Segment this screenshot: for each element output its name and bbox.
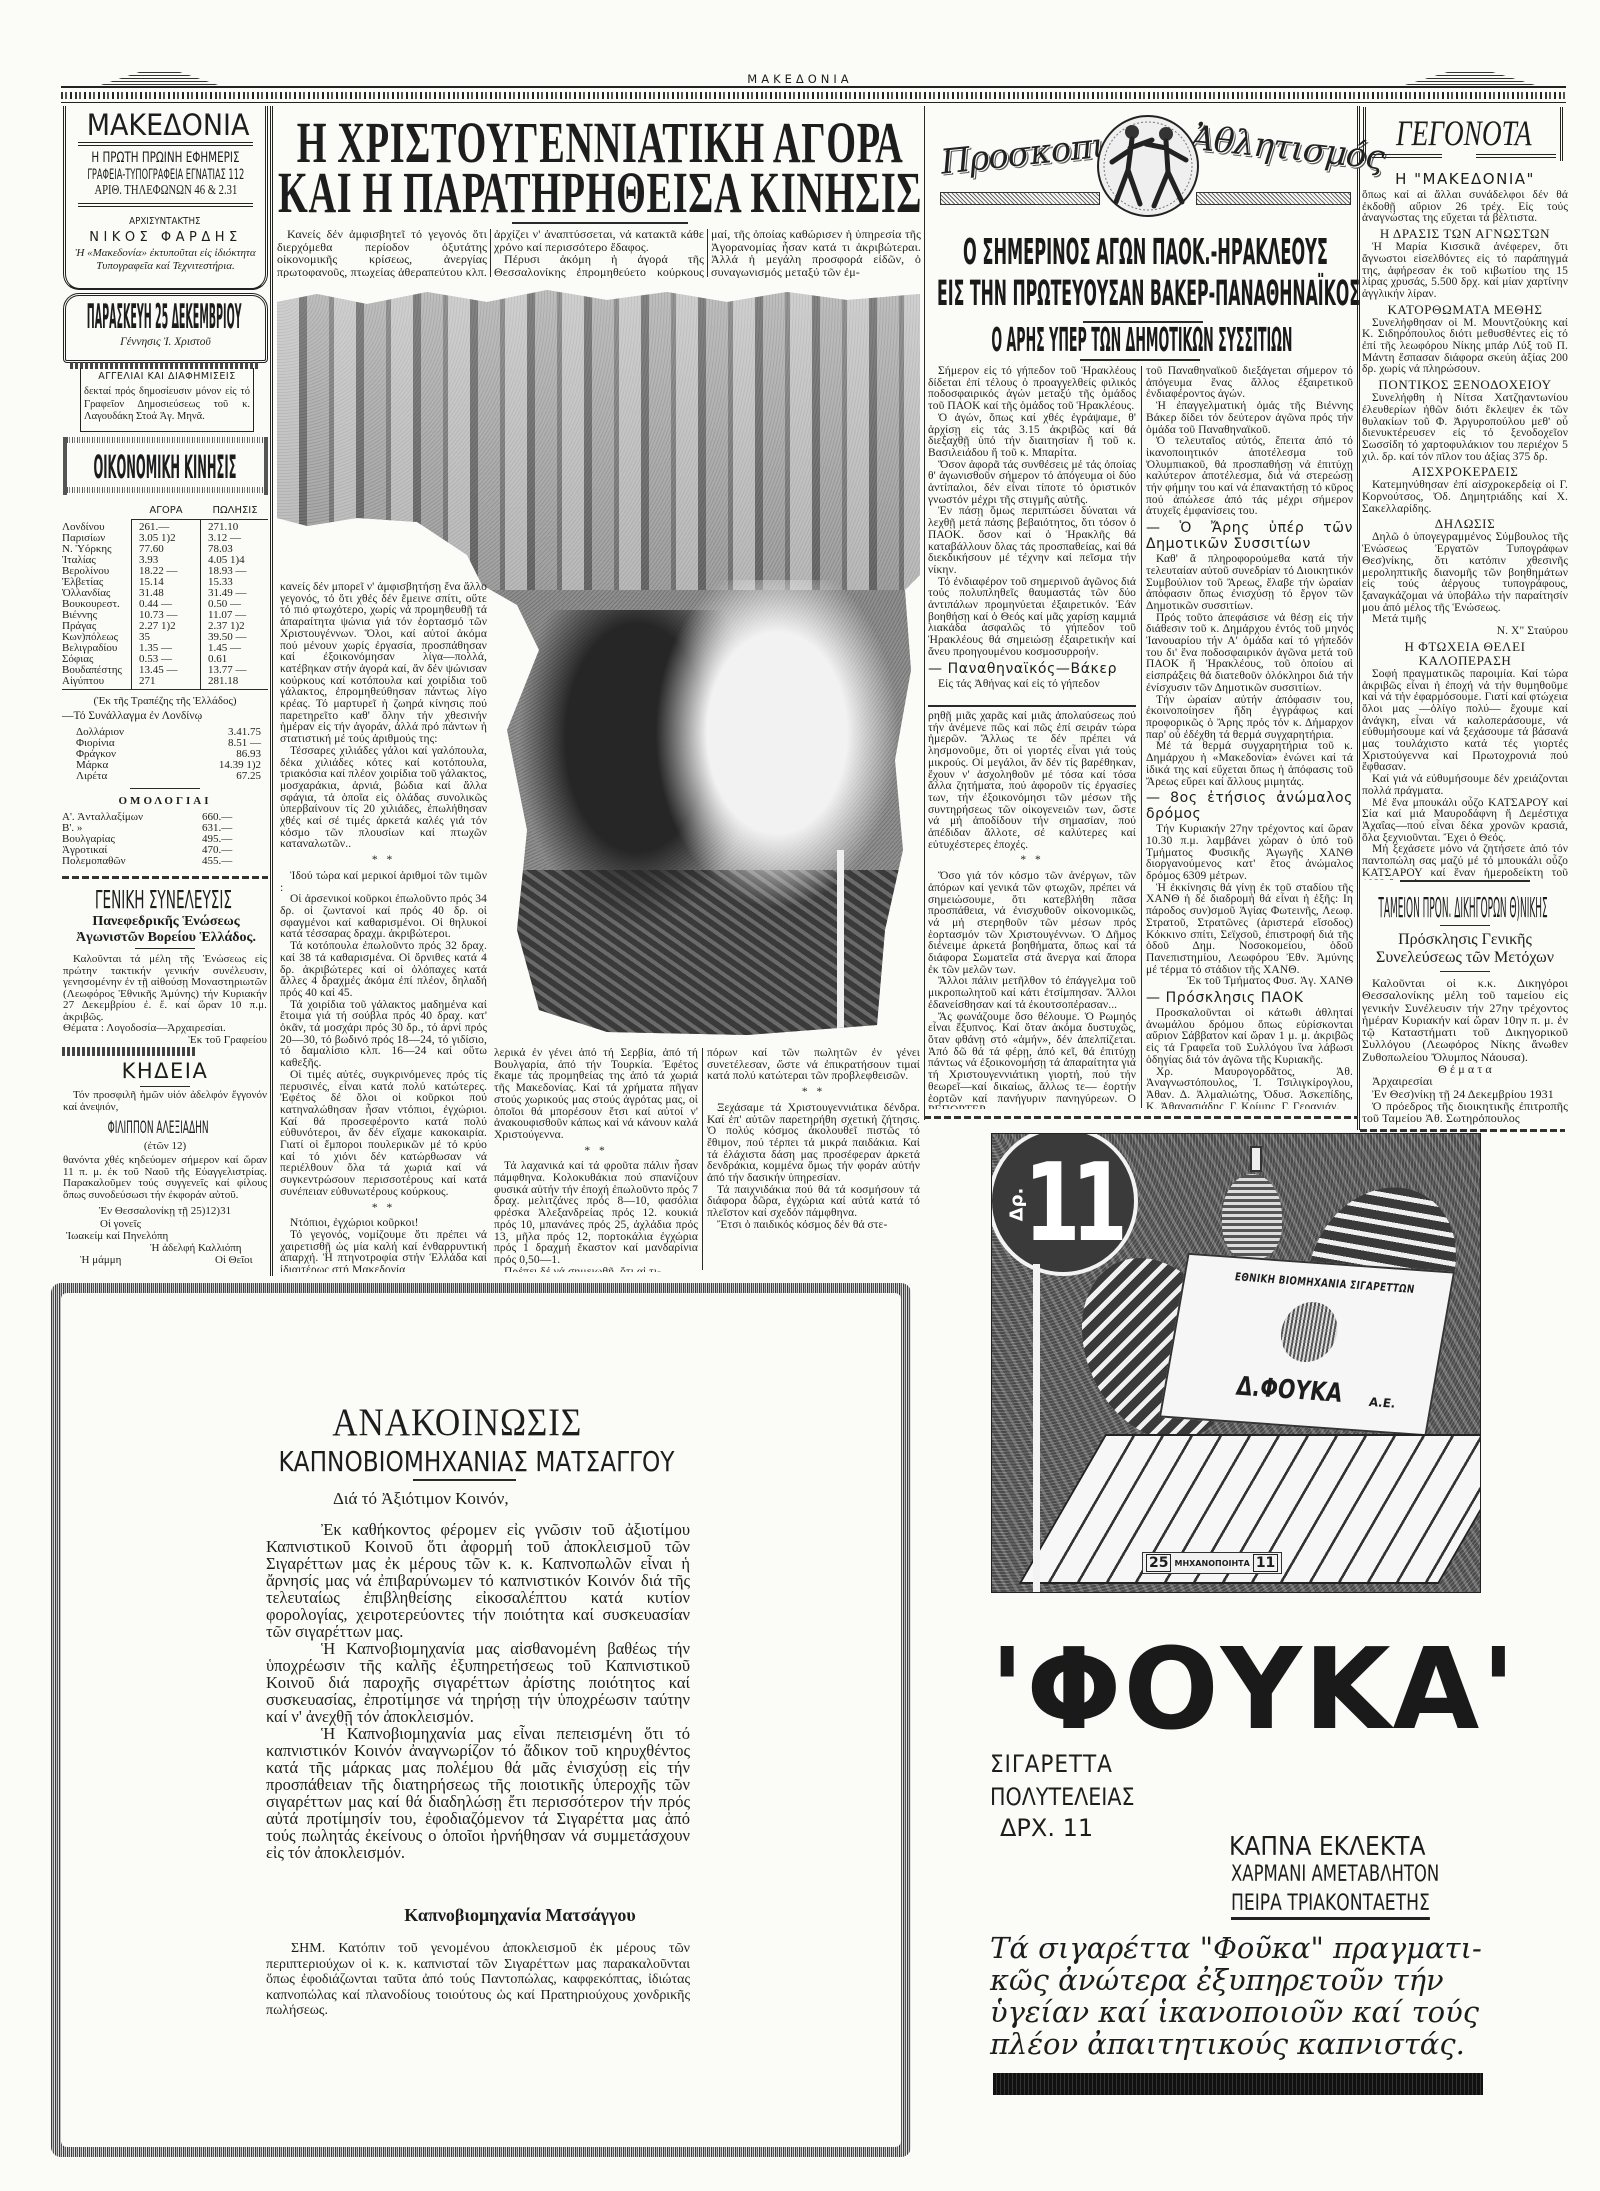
london-exchange-title: —Τό Συνάλλαγμα ἐν Λονδίνῳ: [62, 710, 268, 722]
column-rule: [707, 229, 708, 277]
paragraph: Πρός τοῦτο ἀπεφάσισε νά θέσῃ εἰς τήν διά…: [1146, 613, 1353, 695]
ads-notice-box: ΑΓΓΕΛΙΑΙ ΚΑΙ ΔΙΑΦΗΜΙΣΕΙΣ δεκταί πρός δημ…: [80, 368, 254, 432]
masthead-title: ΜΑΚΕΔΟΝΙΑ: [76, 108, 260, 142]
ad-script-text: Τά σιγαρέττα "Φοῦκα" πραγματι-κῶς ἀνώτερ…: [990, 1932, 1486, 2060]
sports-header: Προσκοπισμός Ἀθλητισμός: [928, 106, 1354, 221]
market-lower-col-3: πόρων καί τῶν πωλητῶν ἐν γένει συνετέλεσ…: [707, 1048, 920, 1272]
events-header: ΓΕΓΟΝΟΤΑ: [1363, 107, 1563, 161]
paragraph: Σήμερον εἰς τό γήπεδον τοῦ Ἡρακλέους δίδ…: [928, 366, 1136, 413]
text-noind: ὅπως καί αἱ ἄλλαι συνάδελφοι δέν θά ἐκδο…: [1362, 190, 1568, 225]
table-cell: Κων)πόλεως: [62, 632, 131, 643]
events-list: Η "ΜΑΚΕΔΟΝΙΑ"ὅπως καί αἱ ἄλλαι συνάδελφο…: [1362, 170, 1568, 880]
funeral-parents-label: Οἱ γονεῖς: [100, 1218, 141, 1230]
paragraph: Ξεχάσαμε τά Χριστουγεννιάτικα δένδρα. Κα…: [707, 1103, 920, 1185]
paragraph: Προσκαλοῦνται οἱ κάτωθι ἀθληταί ἀνωμάλου…: [1146, 1008, 1353, 1067]
ornamental-rule: [61, 86, 1566, 103]
text-ast: * *: [707, 1087, 920, 1099]
paragraph: Τήν Κυριακήν 27ην τρέχοντος καί ὥραν 10.…: [1146, 824, 1353, 883]
london-exchange-table: Δολλάριον3.41.75Φιορίνια8.51 —Φράγκον86.…: [76, 727, 261, 782]
text-noind: ρηθῇ μιᾶς χαρᾶς καί μιᾶς ἀπολαύσεως πού …: [928, 711, 1136, 851]
ad-claim-3: ΠΕΙΡΑ ΤΡΙΑΚΟΝΤΑΕΤΗΣ: [1231, 1891, 1430, 1920]
sports-col-2: τοῦ Παναθηναϊκοῦ διεξάγεται σήμερον τό ἀ…: [1146, 366, 1353, 1109]
column-rule: [270, 106, 273, 1276]
price-big: 11: [1024, 1150, 1107, 1258]
economy-header: ΟΙΚΟΝΟΜΙΚΗ ΚΙΝΗΣΙΣ: [63, 437, 268, 495]
paragraph: Ὅσον ἀφορᾶ τάς συνθέσεις μέ τάς ὁποίας θ…: [928, 460, 1136, 507]
bond-row: Πολεμοπαθῶν455.—: [62, 856, 268, 867]
paragraph: κῶς ἀνώτερα ἐξυπηρετοῦν τήν: [990, 1964, 1486, 1996]
photo-figure-dress: [647, 580, 907, 920]
ad-brand-name: 'ΦΟΥΚΑ': [990, 1640, 1484, 1740]
announcement-salutation: Διά τό Ἀξιότιμον Κοινόν,: [333, 1489, 509, 1509]
market-left-col: κανείς δέν μπορεῖ ν' ἀμφισβητήσῃ ἕνα ἄλλ…: [280, 582, 487, 1272]
editor-name: ΝΙΚΟΣ ΦΑΡΔΗΣ: [66, 230, 265, 245]
headline-rule: [512, 222, 688, 224]
funeral-sister: Ἡ ἀδελφή Καλλιόπη: [150, 1242, 242, 1254]
short-rule: [1440, 925, 1490, 926]
masthead-tagline: Η ΠΡΩΤΗ ΠΡΩΙΝΗ ΕΦΗΜΕΡΙΣ: [70, 150, 261, 166]
london-rate-row: Λιρέτα67.25: [76, 771, 261, 782]
paragraph: Ἡ Καπνοβιομηχανία μας εἶναι πεπεισμένη ὅ…: [266, 1725, 690, 1861]
ad-claim-2: ΧΑΡΜΑΝΙ ΑΜΕΤΑΒΛΗΤΟΝ: [1231, 1862, 1439, 1887]
text-sub: ΑΙΣΧΡΟΚΕΡΔΕΙΣ: [1362, 465, 1568, 479]
market-lower-col-2: λερικά ἐν γένει ἀπό τή Σερβία, ἀπό τή Βο…: [494, 1048, 698, 1272]
box-brand-suffix: Α.Ε.: [1368, 1395, 1397, 1411]
paragraph: Οἱ τιμές αὐτές, συγκρινόμενες πρός τίς π…: [280, 1070, 487, 1199]
table-rule: [62, 689, 268, 690]
paragraph: Καλοῦνται τά μέλη τῆς Ἑνώσεως εἰς πρώτην…: [63, 954, 267, 1023]
text-dash-sub: — Πρόσκλησις ΠΑΟΚ: [1146, 990, 1353, 1006]
market-continuation: ρηθῇ μιᾶς χαρᾶς καί μιᾶς ἀπολαύσεως πού …: [928, 711, 1136, 1109]
ornament-band: [67, 487, 264, 493]
date-feast: Γέννησις Ἰ. Χριστοῦ: [66, 336, 265, 348]
table-cell: Βερολίνου: [62, 566, 131, 577]
table-cell: Ἰταλίας: [62, 555, 131, 566]
paragraph: Πέρυσι ἀκόμη ἡ ἀγορά τῆς Θεσσαλονίκης ἐπ…: [494, 253, 704, 278]
headline-rule: [1080, 359, 1200, 361]
cigarette-box-lid: ΕΘΝΙΚΗ ΒΙΟΜΗΧΑΝΙΑ ΣΙΓΑΡΕΤΤΩΝ Δ.ΦΟΥΚΑ Α.Ε…: [1159, 1253, 1455, 1436]
double-rule: [78, 203, 253, 207]
text-noind: λερικά ἐν γένει ἀπό τή Σερβία, ἀπό τή Βο…: [494, 1048, 698, 1142]
short-rule: [140, 1086, 190, 1087]
market-headline-line-2: ΚΑΙ Η ΠΑΡΑΤΗΡΗΘΕΙΣΑ ΚΙΝΗΣΙΣ: [277, 168, 923, 218]
text-sub: Η ΦΤΩΧΕΙΑ ΘΕΛΕΙ ΚΑΛΟΠΕΡΑΣΗ: [1362, 640, 1568, 668]
box-maker: ΕΘΝΙΚΗ ΒΙΟΜΗΧΑΝΙΑ ΣΙΓΑΡΕΤΤΩΝ: [1229, 1270, 1421, 1296]
table-cell: Βιέννης: [62, 610, 131, 621]
masthead-offices: ΓΡΑΦΕΙΑ-ΤΥΠΟΓΡΑΦΕΙΑ ΕΓΝΑΤΙΑΣ 112: [69, 167, 263, 183]
text-sub: ΔΗΛΩΣΙΣ: [1362, 517, 1568, 531]
ad-product-line-1: ΣΙΓΑΡΕΤΤΑ: [990, 1750, 1113, 1778]
bond-row: Α'. Ἀνταλλαξίμων660.—: [62, 812, 268, 823]
table-cell: Ὁλλανδίας: [62, 588, 131, 599]
short-rule: [135, 948, 195, 949]
ornament-strip: [62, 1047, 197, 1056]
table-rule: [200, 519, 201, 689]
table-cell: Α'. Ἀνταλλαξίμων: [62, 812, 202, 823]
paragraph: Ἐν πάσῃ ὅμως περιπτώσει δύναται νά λεχθῇ…: [928, 506, 1136, 576]
cigarette-ad-illustration: ΕΘΝΙΚΗ ΒΙΟΜΗΧΑΝΙΑ ΣΙΓΑΡΕΤΤΩΝ Δ.ΦΟΥΚΑ Α.Ε…: [991, 1133, 1481, 1593]
paragraph: Ἄς φωνάζουμε ὅσο θέλουμε. Ὁ Ρωμηός εἶναι…: [928, 1012, 1136, 1109]
box-front-label: 25 ΜΗΧΑΝΟΠΟΙΗΤΑ 11: [1142, 1552, 1282, 1574]
paragraph: Χρ. Μαυρογορδᾶτος, Ἀθ. Ἀναγνωστόπουλος, …: [1146, 1067, 1353, 1109]
table-cell: Λιρέτα: [76, 771, 196, 782]
paragraph: Ὅσο γιά τόν κόσμο τῶν ἀνέργων, τῶν ἀπόρω…: [928, 871, 1136, 976]
table-cell: Λονδίνου: [62, 522, 131, 533]
date-day: ΠΑΡΑΣΚΕΥΗ 25 ΔΕΚΕΜΒΡΙΟΥ: [74, 300, 254, 334]
column-rule: [1357, 106, 1360, 1130]
deceased-age: (ἐτῶν 12): [62, 1140, 268, 1152]
paragraph: Τά λαχανικά καί τά φροῦτα πάλιν ἦσαν πάμ…: [494, 1161, 698, 1266]
table-cell: Σόφιας: [62, 654, 131, 665]
text-noind: ἀρχίζει ν' ἀναπτύσσεται, νά κατακτᾶ κάθε…: [494, 228, 704, 253]
ornament-band: [1196, 192, 1351, 205]
text-ast: * *: [280, 1203, 487, 1215]
announcement-body: Ἐκ καθήκοντος φέρομεν εἰς γνῶσιν τοῦ ἀξι…: [266, 1521, 690, 1861]
paragraph: Καλοῦνται οἱ κ.κ. Δικηγόροι Θεσσαλονίκης…: [1362, 977, 1568, 1063]
table-rule: [131, 519, 132, 689]
announcement-signature: Καπνοβιομηχανία Ματσάγγου: [380, 1905, 660, 1925]
text-sub: Η ΔΡΑΣΙΣ ΤΩΝ ΑΓΝΩΣΤΩΝ: [1362, 227, 1568, 241]
announcement-subtitle: ΚΑΠΝΟΒΙΟΜΗΧΑΝΙΑΣ ΜΑΤΣΑΓΓΟΥ: [264, 1447, 689, 1477]
sports-header-right: Ἀθλητισμός: [1188, 118, 1385, 178]
funeral-body: θανόντα χθές κηδεύομεν σήμερον καί ὥραν …: [63, 1155, 267, 1202]
ad-vertical-line: [1033, 1264, 1040, 1593]
paragraph: Ὁ ἀγών, ὅπως καί χθές ἐγράψαμε, θ' ἀρχίσ…: [928, 413, 1136, 460]
paragraph: Ἀρχαιρεσίαι: [1362, 1075, 1568, 1087]
paragraph: Τά παιχνιδάκια πού θά τά κοσμήσουν τά δι…: [707, 1185, 920, 1220]
ad-product-line-2: ΠΟΛΥΤΕΛΕΙΑΣ: [990, 1783, 1135, 1811]
market-top-col-2: ἀρχίζει ν' ἀναπτύσσεται, νά κατακτᾶ κάθε…: [494, 228, 704, 278]
photo-hanging-meat: [277, 290, 920, 590]
text-noind: κανείς δέν μπορεῖ ν' ἀμφισβητήσῃ ἕνα ἄλλ…: [280, 582, 487, 746]
sports-col-1: Σήμερον εἰς τό γήπεδον τοῦ Ἡρακλέους δίδ…: [928, 366, 1136, 703]
economy-title: ΟΙΚΟΝΟΜΙΚΗ ΚΙΝΗΣΙΣ: [75, 451, 255, 483]
market-headline: Η ΧΡΙΣΤΟΥΓΕΝΝΙΑΤΙΚΗ ΑΓΟΡΑ ΚΑΙ Η ΠΑΡΑΤΗΡΗ…: [277, 118, 923, 218]
paragraph: ὑγείαν καί ἱκανοποιοῦν καί τούς: [990, 1996, 1486, 2028]
assembly-subtitle: Πανεφεδρικῆς Ἑνώσεως Ἀγωνιστῶν Βορείου Ἑ…: [66, 914, 266, 946]
market-top-col-1: Κανείς δέν ἀμφισβητεῖ τό γεγονός ὅτι διε…: [277, 228, 487, 278]
short-rule: [1440, 971, 1490, 972]
table-cell: Πράγας: [62, 621, 131, 632]
funeral-uncles: Οἱ Θεῖοι: [215, 1254, 253, 1266]
column-rule: [702, 1048, 703, 1270]
paragraph: Ἡ Μαρία Κισσικᾶ ἀνέφερεν, ὅτι ἄγνωστοι ε…: [1362, 242, 1568, 301]
text-noind: πόρων καί τῶν πωλητῶν ἐν γένει συνετέλεσ…: [707, 1048, 920, 1083]
text-right: Ἐκ τοῦ Γραφείου: [63, 1035, 267, 1047]
bonds-table: Α'. Ἀνταλλαξίμων660.—Β'. »631.—Βουλγαρία…: [62, 812, 268, 867]
paragraph: Καθ' ἅ πληροφορούμεθα κατά τήν τελευταία…: [1146, 554, 1353, 613]
paragraph: Τήν ὡραίαν αὐτήν ἀπόφασιν του, ἐκοινοποί…: [1146, 695, 1353, 742]
paragraph: Μέ τά θερμά συγχαρητήρια τοῦ κ. Δημάρχου…: [1146, 741, 1353, 788]
table-cell: Βελιγραδίου: [62, 643, 131, 654]
funeral-grandmother: Ἡ μάμμη: [80, 1254, 121, 1266]
dashed-rule: [62, 876, 268, 879]
exchange-rates-table: Λονδίνου261.—271.10Παρισίων3.05 1)23.12 …: [62, 522, 268, 687]
deceased-name: ΦΙΛΙΠΠΟΝ ΑΛΕΞΙΑΔΗΝ: [103, 1119, 213, 1137]
column-rule: [1141, 366, 1142, 1108]
short-rule: [130, 788, 200, 789]
paragraph: πλέον ἀπαιτητικούς καπνιστάς.: [990, 2028, 1486, 2060]
paragraph: Συνελήφθη ἡ Νίτσα Χατζηαντωνίου ἐλευθερί…: [1362, 393, 1568, 463]
lawyers-fund-title: ΤΑΜΕΙΟΝ ΠΡΟΝ. ΔΙΚΗΓΟΡΩΝ Θ)ΝΙΚΗΣ: [1360, 893, 1566, 923]
paragraph: Ἄλλοι πάλιν μετῆλθον τό ἐπάγγελμα τοῦ μι…: [928, 976, 1136, 1011]
text-ast: * *: [280, 855, 487, 867]
paragraph: Ἰδού τώρα καί μερικοί ἀριθμοί τῶν τιμῶν …: [280, 871, 487, 894]
section-rule: [1400, 880, 1530, 882]
lawyers-fund-subtitle: Πρόσκλησις Γενικῆς Συνελεύσεως τῶν Μετόχ…: [1365, 931, 1565, 967]
column-header-buy: ΑΓΟΡΑ: [135, 505, 197, 516]
table-cell: Αἰγύπτου: [62, 676, 131, 687]
paragraph: Δηλῶ ὁ ὑπογεγραμμένος Σύμβουλος τῆς Ἑνώσ…: [1362, 532, 1568, 614]
text-sub: ΠΟΝΤΙΚΟΣ ΞΕΝΟΔΟΧΕΙΟΥ: [1362, 378, 1568, 392]
sports-headline-2: ΕΙΣ ΤΗΝ ΠΡΩΤΕΥΟΥΣΑΝ ΒΑΚΕΡ-ΠΑΝΑΘΗΝΑΪΚΟΣ: [937, 277, 1353, 311]
cross-icon: [1250, 1146, 1262, 1172]
box-price: 11: [1253, 1554, 1278, 1572]
dashed-rule: [924, 1116, 1358, 1119]
paragraph: Ἡ Καπνοβιομηχανία μας αἰσθανομένη βαθέως…: [266, 1640, 690, 1725]
assembly-title: ΓΕΝΙΚΗ ΣΥΝΕΛΕΥΣΙΣ: [85, 887, 242, 913]
paragraph: Ὁ τελευταῖος αὐτός, ἔπειτα ἀπό τό ἱκανοπ…: [1146, 436, 1353, 518]
funeral-intro: Τόν προσφιλῆ ἡμῶν υἱόν ἀδελφόν ἔγγονόν κ…: [63, 1090, 267, 1113]
paragraph: Συνελήφθησαν οἱ Μ. Μουντζούκης καί Κ. Σι…: [1362, 318, 1568, 377]
ad-bottom-bar: [993, 2073, 1483, 2095]
paragraph: Τέσσαρες χιλιάδες γάλοι καί γαλόπουλα, δ…: [280, 746, 487, 851]
table-cell: 455.—: [202, 856, 262, 867]
paragraph: Κατεμηνύθησαν ἐπί αἰσχροκερδείᾳ οἱ Γ. Κο…: [1362, 480, 1568, 515]
announcement-title: ΑΝΑΚΟΙΝΩΣΙΣ: [320, 1402, 595, 1444]
double-rule: [78, 142, 253, 146]
ornament-band: [67, 437, 264, 443]
funeral-parents: Ἰωακείμ καί Πηνελόπη: [66, 1230, 168, 1242]
events-title: ΓΕΓΟΝΟΤΑ: [1384, 113, 1544, 153]
dashed-rule: [1360, 1129, 1565, 1132]
text-noind: μαί, τῆς ὁποίας καθώρισεν ἡ ὑπηρεσία τῆς…: [711, 228, 921, 278]
exchange-rate-row: Παρισίων3.05 1)23.12 —: [62, 533, 268, 544]
rates-source: (Ἐκ τῆς Τραπέζης τῆς Ἑλλάδος): [62, 695, 268, 707]
paragraph: Μή ξεχάσετε μόνο νά ζητήσετε ἀπό τόν παν…: [1362, 844, 1568, 880]
table-cell: Παρισίων: [62, 533, 131, 544]
announcement-note: ΣΗΜ. Κατόπιν τοῦ γενομένου ἀποκλεισμοῦ ἐ…: [266, 1941, 690, 2019]
text-ast: * *: [928, 855, 1136, 867]
text-h-sans: Η "ΜΑΚΕΔΟΝΙΑ": [1362, 170, 1568, 188]
eagle-head: [1222, 1174, 1282, 1259]
athletes-emblem-icon: [1094, 110, 1202, 220]
ornament-band: [940, 192, 1100, 205]
exchange-rate-row: Αἰγύπτου271281.18: [62, 676, 268, 687]
paragraph: Τά χοιρίδια τοῦ γάλακτος μαδημένα καί ἕτ…: [280, 1000, 487, 1070]
paragraph: Εἰς τάς Ἀθήνας καί εἰς τό γήπεδον: [928, 679, 1136, 691]
price-circle: Δρ. 11: [991, 1133, 1138, 1276]
paragraph: Τό ἐνδιαφέρον τοῦ σημερινοῦ ἀγῶνος διά τ…: [928, 577, 1136, 659]
double-rule: [1476, 154, 1556, 158]
box-type: ΜΗΧΑΝΟΠΟΙΗΤΑ: [1174, 1559, 1249, 1568]
table-cell: Ἑλβετίας: [62, 577, 131, 588]
paragraph: Τά κοτόπουλα ἐπωλοῦντο πρός 32 δραχ. καί…: [280, 941, 487, 1000]
paragraph: Σοφή πραγματικῶς παροιμία. Καί τώρα ἀκρι…: [1362, 669, 1568, 774]
lawyers-fund-body: Καλοῦνται οἱ κ.κ. Δικηγόροι Θεσσαλονίκης…: [1362, 977, 1568, 1125]
exchange-rate-row: Βερολίνου18.22 —18.93 —: [62, 566, 268, 577]
table-cell: 281.18: [200, 676, 268, 687]
text-noind: τοῦ Παναθηναϊκοῦ διεξάγεται σήμερον τό ἀ…: [1146, 366, 1353, 401]
short-rule: [413, 1479, 516, 1481]
ads-notice-body: δεκταί πρός δημοσίευσιν μόνον εἰς τό Γρα…: [84, 386, 250, 424]
paragraph: Ὁ πρόεδρος τῆς διοικητικῆς ἐπιτροπῆς τοῦ…: [1362, 1100, 1568, 1125]
paragraph: Τά σιγαρέττα "Φοῦκα" πραγματι-: [990, 1932, 1486, 1964]
column-rule: [924, 106, 925, 1120]
bonds-title: ΟΜΟΛΟΓΙΑΙ: [62, 795, 268, 807]
table-cell: Πολεμοπαθῶν: [62, 856, 202, 867]
paragraph: Οἱ ἀρσενικοί κοῦρκοι ἐπωλοῦντο πρός 34 δ…: [280, 894, 487, 941]
photo-stick: [837, 850, 844, 1035]
column-rule: [490, 229, 491, 277]
table-cell: Βουκουρεστ.: [62, 599, 131, 610]
text-noind: Θέματα : Λογοδοσία—Ἀρχαιρεσίαι.: [63, 1023, 267, 1035]
paragraph: Πρέπει δέ νά σημειωθῇ, ὅτι αἱ τι-: [494, 1267, 698, 1272]
funeral-place-date: Ἐν Θεσσαλονίκῃ τῇ 25)12)31: [62, 1205, 268, 1217]
date-box: ΠΑΡΑΣΚΕΥΗ 25 ΔΕΚΕΜΒΡΙΟΥ Γέννησις Ἰ. Χρισ…: [63, 293, 268, 363]
table-cell: 67.25: [196, 771, 261, 782]
box-count: 25: [1146, 1554, 1171, 1572]
running-head: ΜΑΚΕΔΟΝΙΑ: [700, 72, 900, 86]
phoenix-emblem-icon: [1276, 1300, 1342, 1364]
sports-headline-3: Ο ΑΡΗΣ ΥΠΕΡ ΤΩΝ ΔΗΜΟΤΙΚΩΝ ΣΥΣΣΙΤΙΩΝ: [987, 324, 1297, 356]
text-dash-sub: — 8ος ἐτήσιος ἀνώμαλος δρόμος: [1146, 790, 1353, 822]
table-cell: Βουδαπέστης: [62, 665, 131, 676]
text-right: Ἐκ τοῦ Τμήματος Φυσ. Ἀγ. ΧΑΝΘ: [1146, 976, 1353, 988]
ads-notice-title: ΑΓΓΕΛΙΑΙ ΚΑΙ ΔΙΑΦΗΜΙΣΕΙΣ: [83, 371, 251, 382]
paragraph: Τό γεγονός, νομίζουμε ὅτι πρέπει νά χαιρ…: [280, 1230, 487, 1272]
paragraph: Κανείς δέν ἀμφισβητεῖ τό γεγονός ὅτι διε…: [277, 228, 487, 278]
text-dash-sub: — Ὁ Ἄρης ὑπέρ τῶν Δημοτικῶν Συσσιτίων: [1146, 520, 1353, 552]
text-ast: * *: [494, 1146, 698, 1158]
table-cell: Ν. Ὑόρκης: [62, 544, 131, 555]
table-cell: 271: [131, 676, 200, 687]
box-brand: Δ.ΦΟΥΚΑ: [1234, 1372, 1345, 1409]
ad-claim-1: ΚΑΠΝΑ ΕΚΛΕΚΤΑ: [1229, 1832, 1425, 1862]
text-right: Ν. Χ" Σταύρου: [1362, 626, 1568, 638]
paragraph: Καί γιά νά εὐθυμήσουμε δέν χρειάζονται π…: [1362, 774, 1568, 797]
section-rule: [928, 705, 1136, 707]
editor-label: ΑΡΧΙΣΥΝΤΑΚΤΗΣ: [80, 216, 250, 228]
paragraph: Ἔτσι ὁ παιδικός κόσμος δέν θά στε-: [707, 1220, 920, 1232]
masthead-box: ΜΑΚΕΔΟΝΙΑ Η ΠΡΩΤΗ ΠΡΩΙΝΗ ΕΦΗΜΕΡΙΣ ΓΡΑΦΕΙ…: [63, 106, 268, 290]
text-sub: ΚΑΤΟΡΘΩΜΑΤΑ ΜΕΘΗΣ: [1362, 303, 1568, 317]
sports-headline-1: Ο ΣΗΜΕΡΙΝΟΣ ΑΓΩΝ ΠΑΟΚ.-ΗΡΑΚΛΕΟΥΣ: [963, 236, 1320, 270]
paragraph: Ἡ ἐπαγγελματική ὁμάς τῆς Βιέννης Βάκερ δ…: [1146, 401, 1353, 436]
assembly-body: Καλοῦνται τά μέλη τῆς Ἑνώσεως εἰς πρώτην…: [63, 954, 267, 1046]
funeral-title: ΚΗΔΕΙΑ: [62, 1060, 268, 1082]
double-rule: [1372, 154, 1442, 158]
printing-note: Ἡ «Μακεδονία» ἐκτυποῦται εἰς ἰδιόκτητα Τ…: [74, 247, 257, 272]
ad-price: ΔΡΧ. 11: [1000, 1814, 1093, 1842]
text-dash-sub: — Παναθηναϊκός—Βάκερ: [928, 661, 1136, 677]
paragraph: Μέ ἕνα μπουκάλι οὖζο ΚΑΤΣΑΡΟΥ καί Σία κα…: [1362, 798, 1568, 845]
column-header-sell: ΠΩΛΗΣΙΣ: [203, 505, 267, 516]
paragraph: Ἐκ καθήκοντος φέρομεν εἰς γνῶσιν τοῦ ἀξι…: [266, 1521, 690, 1640]
market-top-col-3: μαί, τῆς ὁποίας καθώρισεν ἡ ὑπηρεσία τῆς…: [711, 228, 921, 278]
masthead-phones: ΑΡΙΘ. ΤΗΛΕΦΩΝΩΝ 46 & 2.31: [72, 183, 260, 199]
paragraph: Ἡ ἐκκίνησις θά γίνῃ ἐκ τοῦ σταδίου τῆς Χ…: [1146, 883, 1353, 977]
